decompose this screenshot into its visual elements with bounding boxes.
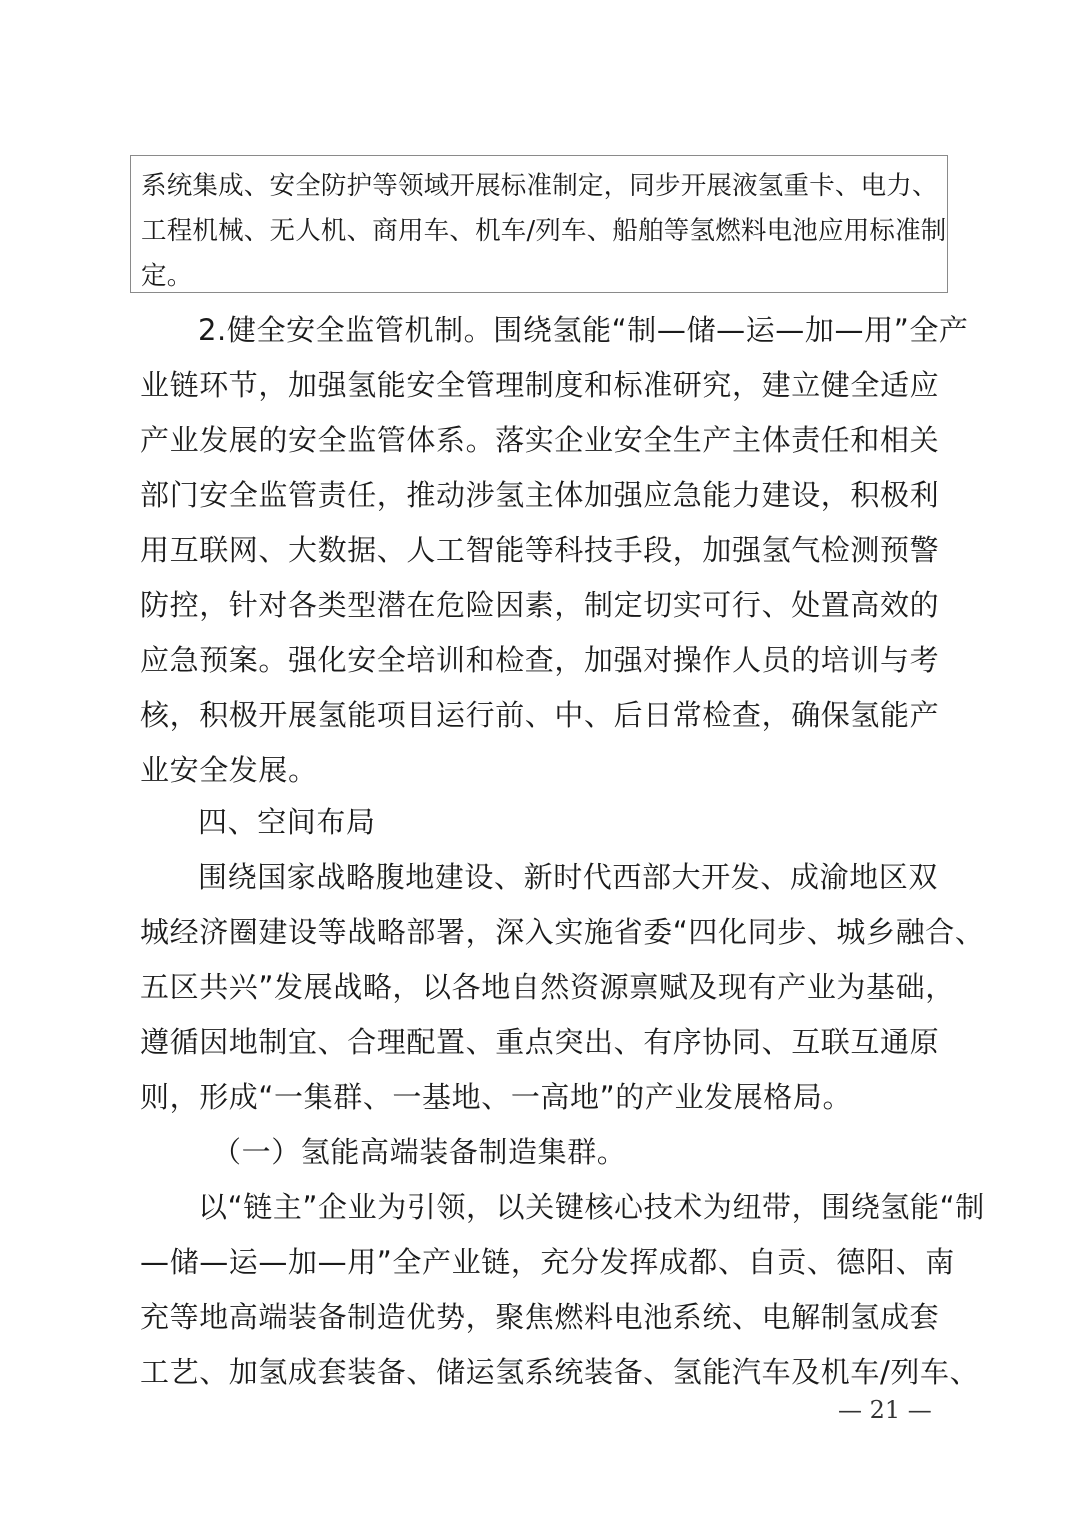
paragraph-line: 遵循因地制宜、合理配置、重点突出、有序协同、互联互通原 [140, 1020, 939, 1061]
boxed-text-block: 系统集成、安全防护等领域开展标准制定，同步开展液氢重卡、电力、 工程机械、无人机… [130, 155, 948, 293]
box-line: 定。 [141, 256, 192, 292]
subsection-heading: （一）氢能高端装备制造集群。 [212, 1130, 626, 1171]
paragraph-line: 则，形成“一集群、一基地、一高地”的产业发展格局。 [140, 1075, 852, 1116]
paragraph-line: 应急预案。强化安全培训和检查，加强对操作人员的培训与考 [140, 638, 939, 679]
paragraph-line: 工艺、加氢成套装备、储运氢系统装备、氢能汽车及机车/列车、 [140, 1350, 979, 1391]
paragraph-line: 核，积极开展氢能项目运行前、中、后日常检查，确保氢能产 [140, 693, 939, 734]
page-number: — 21 — [838, 1396, 932, 1424]
box-line: 系统集成、安全防护等领域开展标准制定，同步开展液氢重卡、电力、 [141, 166, 938, 202]
paragraph-line: 产业发展的安全监管体系。落实企业安全生产主体责任和相关 [140, 418, 939, 459]
paragraph-line: 防控，针对各类型潜在危险因素，制定切实可行、处置高效的 [140, 583, 939, 624]
paragraph-line: 2.健全安全监管机制。围绕氢能“制—储—运—加—用”全产 [198, 308, 969, 349]
paragraph-line: 用互联网、大数据、人工智能等科技手段，加强氢气检测预警 [140, 528, 939, 569]
box-line: 工程机械、无人机、商用车、机车/列车、船舶等氢燃料电池应用标准制 [141, 211, 947, 247]
paragraph-line: 城经济圈建设等战略部署，深入实施省委“四化同步、城乡融合、 [140, 910, 984, 951]
paragraph-line: 围绕国家战略腹地建设、新时代西部大开发、成渝地区双 [198, 855, 938, 896]
paragraph-line: 部门安全监管责任，推动涉氢主体加强应急能力建设，积极利 [140, 473, 939, 514]
section-heading: 四、空间布局 [198, 800, 376, 841]
paragraph-line: 五区共兴”发展战略，以各地自然资源禀赋及现有产业为基础， [140, 965, 955, 1006]
paragraph-line: —储—运—加—用”全产业链，充分发挥成都、自贡、德阳、南 [140, 1240, 955, 1281]
paragraph-line: 充等地高端装备制造优势，聚焦燃料电池系统、电解制氢成套 [140, 1295, 939, 1336]
paragraph-line: 业链环节，加强氢能安全管理制度和标准研究，建立健全适应 [140, 363, 939, 404]
paragraph-line: 以“链主”企业为引领，以关键核心技术为纽带，围绕氢能“制 [198, 1185, 985, 1226]
paragraph-line: 业安全发展。 [140, 748, 318, 789]
